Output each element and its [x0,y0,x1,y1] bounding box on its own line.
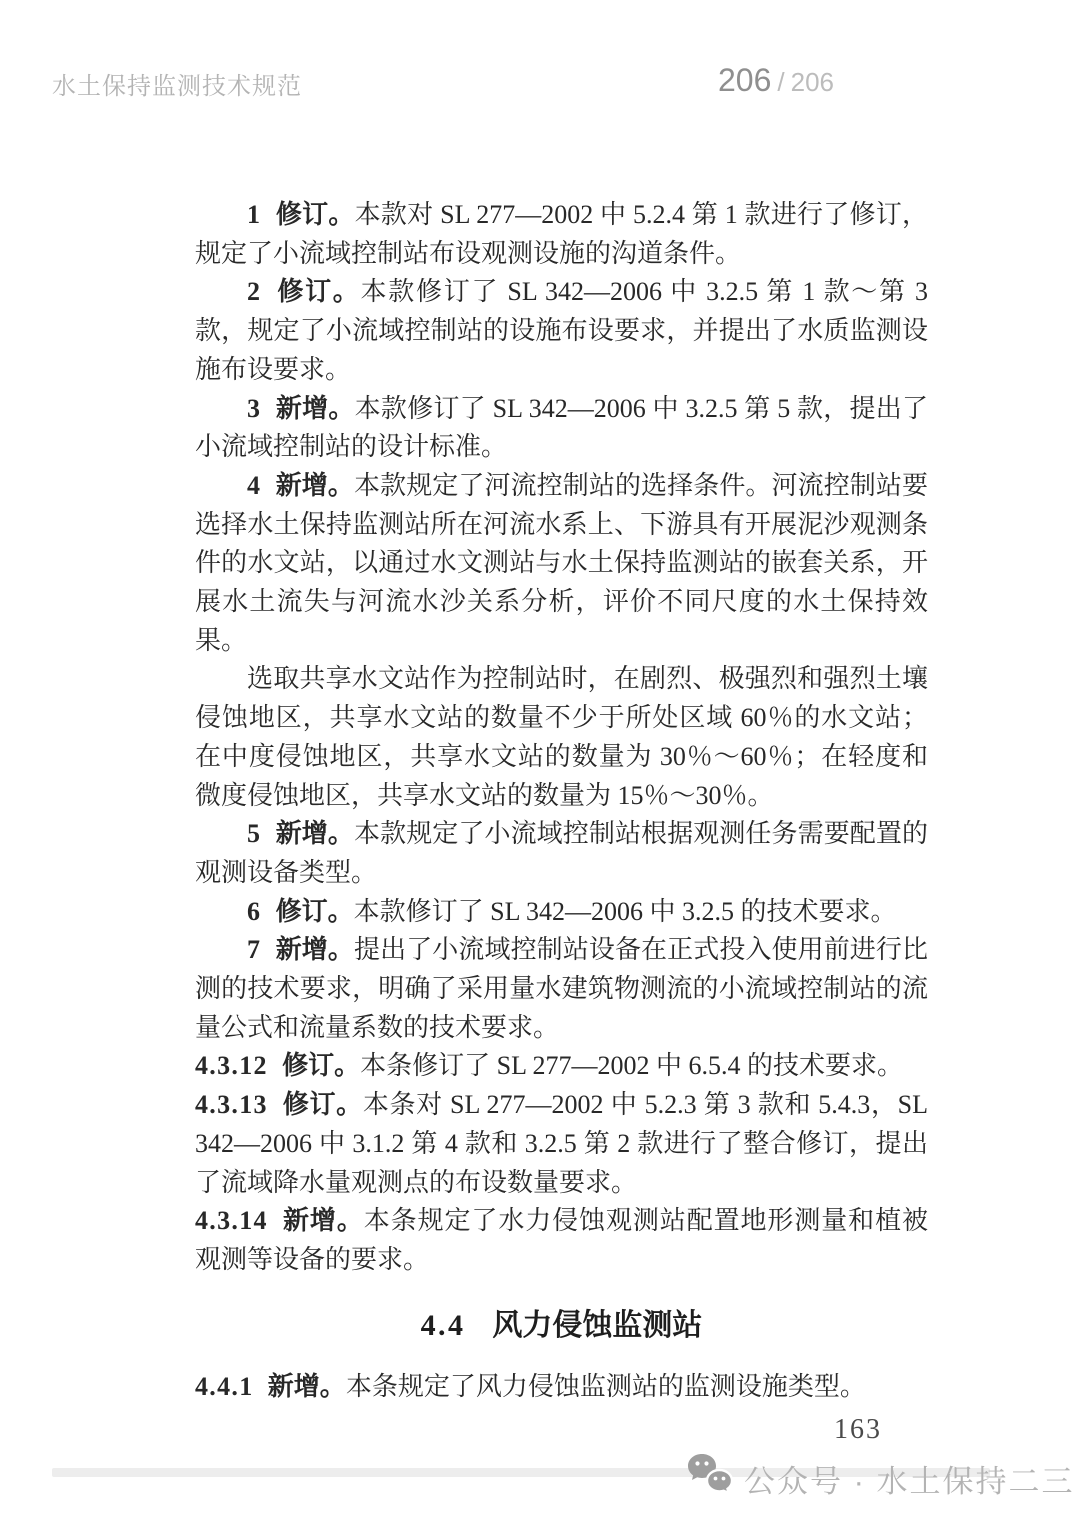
item-lead: 新增。 [276,471,354,500]
clause-4-3-12: 4.3.12修订。本条修订了 SL 277—2002 中 6.5.4 的技术要求… [195,1047,928,1086]
paragraph-plain: 选取共享水文站作为控制站时，在剧烈、极强烈和强烈土壤侵蚀地区，共享水文站的数量不… [195,660,928,815]
item-lead: 新增。 [276,935,354,964]
item-lead: 新增。 [276,394,355,423]
clause-number: 4.3.13 [195,1090,268,1119]
watermark-text: 公众号 · 水土保持二三 [744,1456,1075,1501]
item-body: 选取共享水文站作为控制站时，在剧烈、极强烈和强烈土壤侵蚀地区，共享水文站的数量不… [195,664,928,809]
reader-header: 水土保持监测技术规范 206 / 206 [0,0,1080,110]
item-number: 6 [247,897,261,926]
clause-number: 4.3.14 [195,1206,268,1235]
paragraph-item-3: 3新增。本款修订了 SL 342—2006 中 3.2.5 第 5 款，提出了小… [195,390,928,467]
paragraph-item-5: 5新增。本款规定了小流域控制站根据观测任务需要配置的观测设备类型。 [195,815,928,892]
item-number: 5 [247,819,261,848]
section-number: 4.4 [421,1309,466,1342]
clause-lead: 修订。 [282,1090,363,1119]
page-current: 206 [718,62,771,99]
paragraph-item-6: 6修订。本款修订了 SL 342—2006 中 3.2.5 的技术要求。 [195,893,928,932]
item-number: 4 [247,471,261,500]
section-heading-4-4: 4.4风力侵蚀监测站 [195,1304,928,1348]
paragraph-item-2: 2修订。本款修订了 SL 342—2006 中 3.2.5 第 1 款～第 3 … [195,273,928,389]
document-page: 1修订。本款对 SL 277—2002 中 5.2.4 第 1 款进行了修订，规… [195,196,928,1446]
clause-body: 本条修订了 SL 277—2002 中 6.5.4 的技术要求。 [360,1051,903,1080]
document-title: 水土保持监测技术规范 [52,66,302,101]
paragraph-item-4: 4新增。本款规定了河流控制站的选择条件。河流控制站要选择水土保持监测站所在河流水… [195,467,928,661]
clause-4-4-1: 4.4.1新增。本条规定了风力侵蚀监测站的监测设施类型。 [195,1368,928,1407]
page-number: 163 [195,1414,928,1446]
item-body: 本款修订了 SL 342—2006 中 3.2.5 的技术要求。 [354,897,897,926]
clause-body: 本条规定了风力侵蚀监测站的监测设施类型。 [346,1372,866,1401]
wechat-bubbles-icon [686,1452,734,1504]
paragraph-item-7: 7新增。提出了小流域控制站设备在正式投入使用前进行比测的技术要求，明确了采用量水… [195,931,928,1047]
item-number: 1 [247,200,261,229]
paragraph-item-1: 1修订。本款对 SL 277—2002 中 5.2.4 第 1 款进行了修订，规… [195,196,928,273]
item-lead: 修订。 [276,200,355,229]
clause-lead: 新增。 [282,1206,364,1235]
clause-number: 4.3.12 [195,1051,268,1080]
section-title: 风力侵蚀监测站 [492,1309,702,1342]
clause-number: 4.4.1 [195,1372,254,1401]
item-number: 3 [247,394,261,423]
item-lead: 新增。 [276,819,354,848]
clause-4-3-14: 4.3.14新增。本条规定了水力侵蚀观测站配置地形测量和植被观测等设备的要求。 [195,1202,928,1279]
page-total: 206 [791,67,834,98]
item-number: 7 [247,935,261,964]
item-lead: 修订。 [276,277,361,306]
clause-lead: 新增。 [268,1372,346,1401]
clause-4-3-13: 4.3.13修订。本条对 SL 277—2002 中 5.2.3 第 3 款和 … [195,1086,928,1202]
page-indicator: 206 / 206 [718,62,834,99]
watermark: 公众号 · 水土保持二三 [686,1452,1075,1504]
item-number: 2 [247,277,261,306]
clause-lead: 修订。 [282,1051,360,1080]
item-lead: 修订。 [276,897,354,926]
page-separator: / [777,67,784,98]
